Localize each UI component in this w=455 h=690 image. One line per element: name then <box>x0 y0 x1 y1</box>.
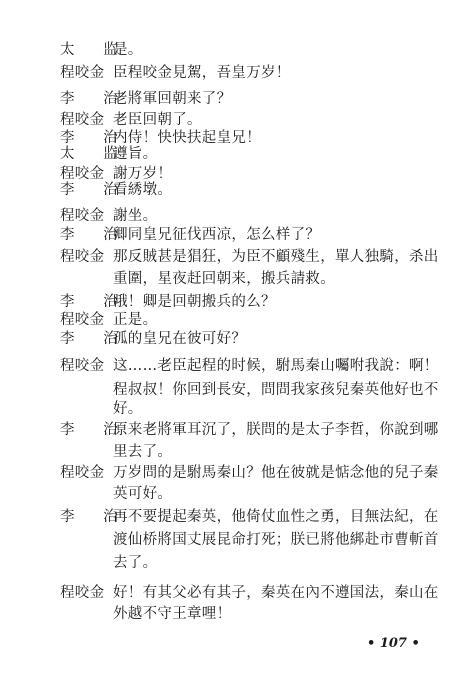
speaker-name: 程咬金 <box>60 208 116 224</box>
dialogue-text: 重圍，星夜赶回朝来，搬兵請救。 <box>113 271 335 287</box>
speaker-name: 李 治 <box>60 91 116 107</box>
speaker-name: 程咬金 <box>60 312 116 328</box>
dialogue-text: 外越不守王章哩！ <box>113 606 231 622</box>
dialogue-text: 謝万岁！ <box>113 166 172 182</box>
speaker-name: 李 治 <box>60 227 116 243</box>
dialogue-text: 臣程咬金見駕，吾皇万岁！ <box>113 65 291 81</box>
dialogue-text: 那反賊甚是猖狂，为臣不顧殘生，單人独騎，杀出 <box>113 249 439 265</box>
dialogue-text: 老將軍回朝来了？ <box>113 91 231 107</box>
dialogue-text: 哦！卿是回朝搬兵的么？ <box>113 294 276 310</box>
dialogue-text: 渡仙桥將国丈展昆命打死；朕已將他綁赴市曹斬首 <box>113 532 439 548</box>
speaker-name: 程咬金 <box>60 585 116 601</box>
dialogue-text: 英可好。 <box>113 486 172 502</box>
page-number: • 107 • <box>367 636 420 651</box>
dialogue-text: 原来老將軍耳沉了，朕問的是太子李哲，你說到哪 <box>113 422 439 438</box>
speaker-name: 李 治 <box>60 331 116 347</box>
dialogue-text: 老臣回朝了。 <box>113 112 202 128</box>
dialogue-text: 卿同皇兄征伐西凉，怎么样了？ <box>113 227 320 243</box>
speaker-name: 程咬金 <box>60 358 116 374</box>
book-page: 太 监是。程咬金臣程咬金見駕，吾皇万岁！李 治老將軍回朝来了？程咬金老臣回朝了。… <box>0 0 455 690</box>
dialogue-text: 好！有其父必有其子，秦英在內不遵国法，秦山在 <box>113 585 439 601</box>
speaker-name: 程咬金 <box>60 166 116 182</box>
speaker-name: 太 监 <box>60 146 116 162</box>
dialogue-text: 内侍！快快扶起皇兄！ <box>113 130 261 146</box>
speaker-name: 李 治 <box>60 294 116 310</box>
dialogue-text: 万岁問的是駙馬秦山？他在彼就是惦念他的兒子秦 <box>113 465 439 481</box>
speaker-name: 程咬金 <box>60 249 116 265</box>
speaker-name: 程咬金 <box>60 65 116 81</box>
dialogue-text: 程叔叔！你回到長安，問問我家孩兒秦英他好也不 <box>113 382 439 398</box>
dialogue-text: 看綉墩。 <box>113 182 172 198</box>
dialogue-text: 謝坐。 <box>113 208 157 224</box>
dialogue-text: 这……老臣起程的时候，駙馬秦山囑咐我說：啊！ <box>113 358 439 374</box>
speaker-name: 李 治 <box>60 509 116 525</box>
speaker-name: 程咬金 <box>60 112 116 128</box>
speaker-name: 李 治 <box>60 422 116 438</box>
dialogue-text: 再不要提起秦英，他倚仗血性之勇，目無法紀，在 <box>113 509 439 525</box>
dialogue-text: 遵旨。 <box>113 146 157 162</box>
speaker-name: 程咬金 <box>60 465 116 481</box>
speaker-name: 太 监 <box>60 42 116 58</box>
dialogue-text: 是。 <box>113 42 143 58</box>
dialogue-text: 里去了。 <box>113 444 172 460</box>
dialogue-text: 好。 <box>113 401 143 417</box>
speaker-name: 李 治 <box>60 182 116 198</box>
dialogue-text: 正是。 <box>113 312 157 328</box>
dialogue-text: 去了。 <box>113 555 157 571</box>
dialogue-text: 孤的皇兄在彼可好？ <box>113 331 246 347</box>
speaker-name: 李 治 <box>60 130 116 146</box>
